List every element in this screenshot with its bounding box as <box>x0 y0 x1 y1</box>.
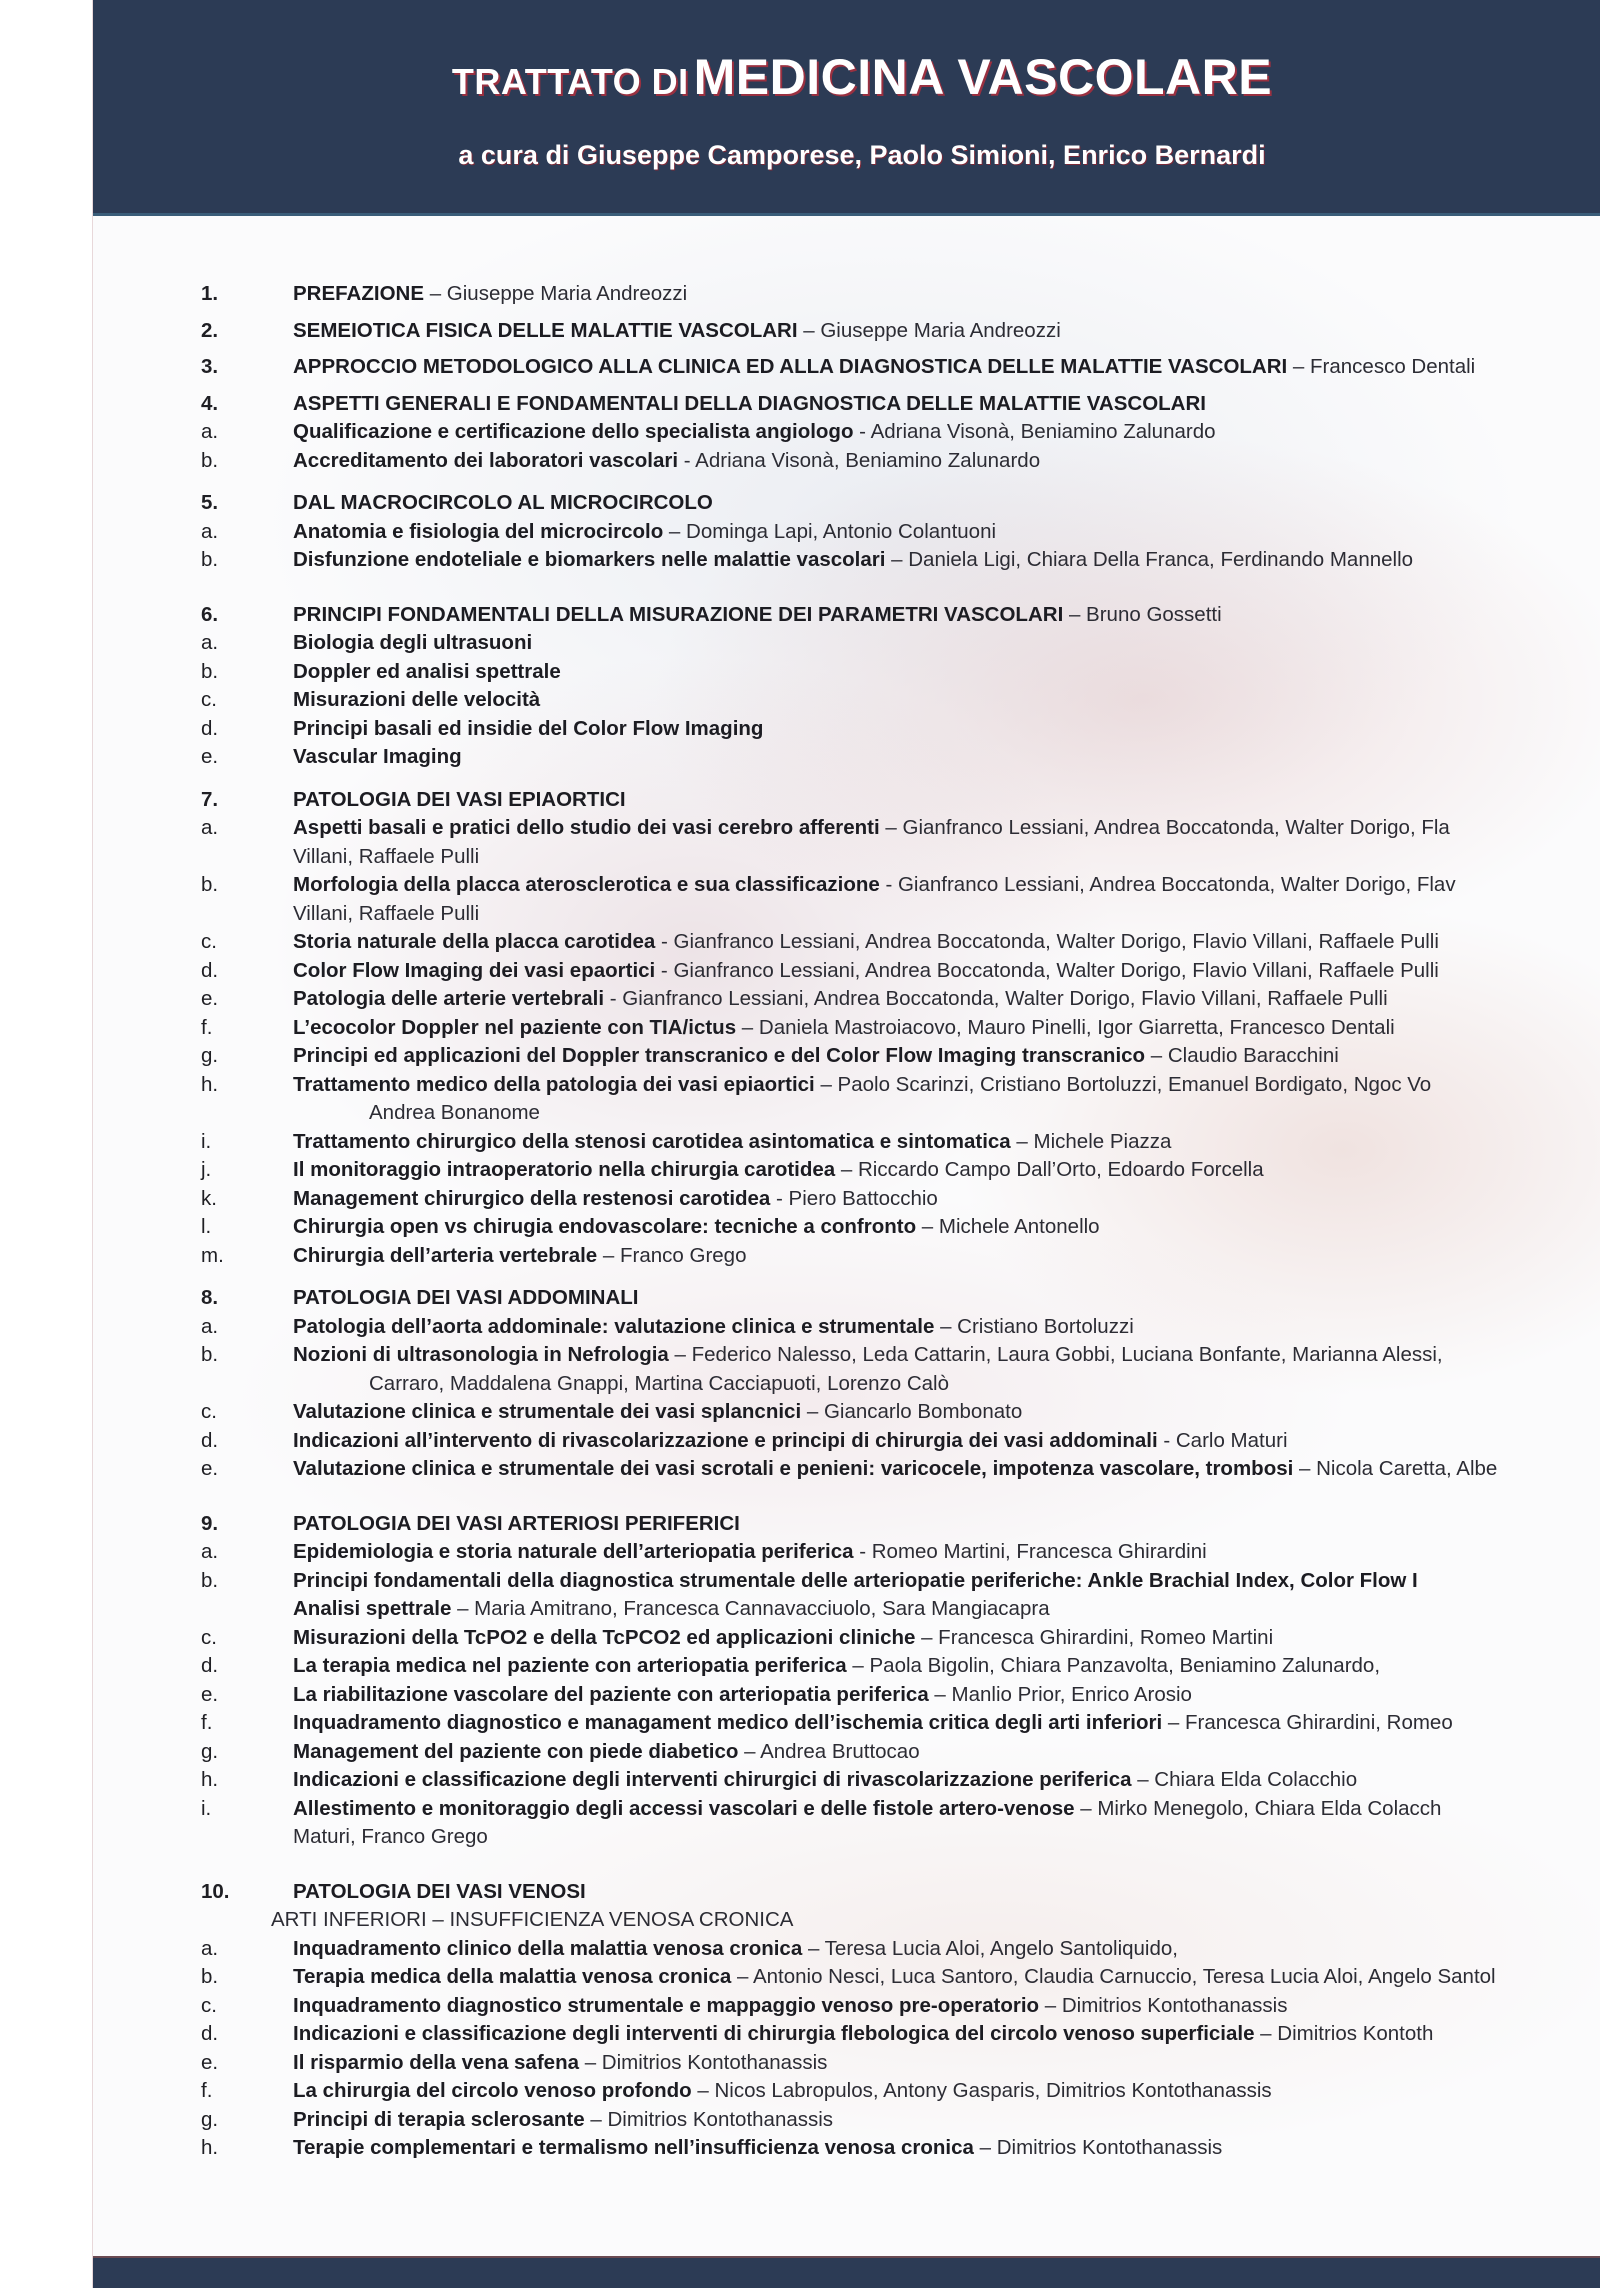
section-title: Color Flow Imaging dei vasi epaortici <box>293 959 655 982</box>
section-authors: – Chiara Elda Colacchio <box>1132 1768 1358 1791</box>
section-authors: – Federico Nalesso, Leda Cattarin, Laura… <box>669 1343 1443 1366</box>
section-title: Analisi spettrale <box>293 1597 451 1620</box>
section-letter: d. <box>201 957 293 986</box>
section-authors: – Daniela Mastroiacovo, Mauro Pinelli, I… <box>736 1016 1395 1039</box>
toc-section: a. Epidemiologia e storia naturale dell’… <box>201 1538 1600 1567</box>
section-title: Patologia dell’aorta addominale: valutaz… <box>293 1315 934 1338</box>
section-letter: b. <box>201 871 293 900</box>
section-title: Management del paziente con piede diabet… <box>293 1740 738 1763</box>
section-authors: – Francesca Ghirardini, Romeo <box>1162 1711 1453 1734</box>
toc-section: a. Biologia degli ultrasuoni <box>201 629 1600 658</box>
section-authors: - Gianfranco Lessiani, Andrea Boccatonda… <box>655 959 1439 982</box>
toc-section: m. Chirurgia dell’arteria vertebrale – F… <box>201 1242 1600 1271</box>
toc-section: b. Principi fondamentali della diagnosti… <box>201 1567 1600 1596</box>
toc-chapter-5: 5. DAL MACROCIRCOLO AL MICROCIRCOLO <box>201 489 1600 518</box>
toc-section: c. Inquadramento diagnostico strumentale… <box>201 1992 1600 2021</box>
toc-section: f. L’ecocolor Doppler nel paziente con T… <box>201 1014 1600 1043</box>
chapter-number: 10. <box>201 1878 293 1907</box>
section-letter: c. <box>201 1624 293 1653</box>
section-title: Indicazioni all’intervento di rivascolar… <box>293 1429 1158 1452</box>
toc-section: a. Patologia dell’aorta addominale: valu… <box>201 1313 1600 1342</box>
toc-section: c. Misurazioni della TcPO2 e della TcPCO… <box>201 1624 1600 1653</box>
toc-section: b. Doppler ed analisi spettrale <box>201 658 1600 687</box>
section-authors: - Adriana Visonà, Beniamino Zalunardo <box>853 420 1215 443</box>
section-letter: b. <box>201 658 293 687</box>
section-title: Indicazioni e classificazione degli inte… <box>293 1768 1132 1791</box>
section-authors: - Piero Battocchio <box>770 1187 938 1210</box>
section-letter: g. <box>201 2106 293 2135</box>
section-letter: c. <box>201 1992 293 2021</box>
toc-chapter-1: 1. PREFAZIONE – Giuseppe Maria Andreozzi <box>201 280 1600 309</box>
section-letter: h. <box>201 1766 293 1795</box>
chapter-authors: – Bruno Gossetti <box>1063 603 1221 626</box>
section-letter: f. <box>201 1709 293 1738</box>
toc-section: f. La chirurgia del circolo venoso profo… <box>201 2077 1600 2106</box>
section-title: Management chirurgico della restenosi ca… <box>293 1187 770 1210</box>
section-title-continued: Analisi spettrale – Maria Amitrano, Fran… <box>201 1595 1600 1624</box>
section-authors: – Andrea Bruttocao <box>738 1740 919 1763</box>
toc-section: h. Trattamento medico della patologia de… <box>201 1071 1600 1100</box>
section-authors: - Carlo Maturi <box>1158 1429 1288 1452</box>
section-title: Il monitoraggio intraoperatorio nella ch… <box>293 1158 835 1181</box>
section-authors: - Adriana Visonà, Beniamino Zalunardo <box>678 449 1040 472</box>
chapter-number: 6. <box>201 601 293 630</box>
chapter-number: 2. <box>201 317 293 346</box>
section-authors: – Dimitrios Kontothanassis <box>585 2108 833 2131</box>
toc-chapter-8: 8. PATOLOGIA DEI VASI ADDOMINALI <box>201 1284 1600 1313</box>
section-authors-continued: Villani, Raffaele Pulli <box>201 843 1600 872</box>
section-letter: d. <box>201 1427 293 1456</box>
chapter-title: DAL MACROCIRCOLO AL MICROCIRCOLO <box>293 491 713 514</box>
section-authors: – Maria Amitrano, Francesca Cannavacciuo… <box>451 1597 1049 1620</box>
section-authors: – Dimitrios Kontothanassis <box>974 2136 1222 2159</box>
chapter-title: PREFAZIONE <box>293 282 424 305</box>
section-authors: – Francesca Ghirardini, Romeo Martini <box>915 1626 1273 1649</box>
section-title: Vascular Imaging <box>293 745 462 768</box>
toc-section: e. Patologia delle arterie vertebrali - … <box>201 985 1600 1014</box>
section-authors: – Riccardo Campo Dall’Orto, Edoardo Forc… <box>835 1158 1263 1181</box>
toc-section: d. La terapia medica nel paziente con ar… <box>201 1652 1600 1681</box>
section-letter: a. <box>201 814 293 843</box>
chapter-number: 7. <box>201 786 293 815</box>
section-letter: a. <box>201 418 293 447</box>
table-of-contents: 1. PREFAZIONE – Giuseppe Maria Andreozzi… <box>201 280 1600 2163</box>
section-letter: b. <box>201 447 293 476</box>
section-title: Anatomia e fisiologia del microcircolo <box>293 520 663 543</box>
toc-section: e. Vascular Imaging <box>201 743 1600 772</box>
header-banner: TRATTATO DI MEDICINA VASCOLARE a cura di… <box>93 0 1600 216</box>
section-letter: m. <box>201 1242 293 1271</box>
chapter-title: PATOLOGIA DEI VASI VENOSI <box>293 1880 586 1903</box>
section-title: Principi di terapia sclerosante <box>293 2108 585 2131</box>
section-letter: c. <box>201 686 293 715</box>
toc-section: h. Indicazioni e classificazione degli i… <box>201 1766 1600 1795</box>
section-letter: f. <box>201 1014 293 1043</box>
section-letter: a. <box>201 1935 293 1964</box>
toc-section: d. Color Flow Imaging dei vasi epaortici… <box>201 957 1600 986</box>
section-title: Qualificazione e certificazione dello sp… <box>293 420 853 443</box>
section-authors: – Franco Grego <box>597 1244 746 1267</box>
section-letter: i. <box>201 1128 293 1157</box>
chapter-title: PATOLOGIA DEI VASI ARTERIOSI PERIFERICI <box>293 1512 740 1535</box>
section-authors-continued: Maturi, Franco Grego <box>201 1823 1600 1852</box>
section-letter: b. <box>201 546 293 575</box>
section-authors: – Nicola Caretta, Albe <box>1293 1457 1497 1480</box>
toc-chapter-9: 9. PATOLOGIA DEI VASI ARTERIOSI PERIFERI… <box>201 1510 1600 1539</box>
toc-section: d. Indicazioni e classificazione degli i… <box>201 2020 1600 2049</box>
toc-section: a. Aspetti basali e pratici dello studio… <box>201 814 1600 843</box>
chapter-title: PRINCIPI FONDAMENTALI DELLA MISURAZIONE … <box>293 603 1063 626</box>
toc-section: b. Morfologia della placca ateroscleroti… <box>201 871 1600 900</box>
chapter-number: 5. <box>201 489 293 518</box>
chapter-number: 1. <box>201 280 293 309</box>
section-title: Patologia delle arterie vertebrali <box>293 987 604 1010</box>
section-letter: f. <box>201 2077 293 2106</box>
section-letter: e. <box>201 1455 293 1484</box>
section-letter: a. <box>201 629 293 658</box>
section-title: Trattamento chirurgico della stenosi car… <box>293 1130 1011 1153</box>
section-letter: l. <box>201 1213 293 1242</box>
footer-band <box>93 2256 1600 2288</box>
toc-section: e. Valutazione clinica e strumentale dei… <box>201 1455 1600 1484</box>
section-title: Terapia medica della malattia venosa cro… <box>293 1965 731 1988</box>
section-letter: d. <box>201 715 293 744</box>
section-authors: – Dimitrios Kontothanassis <box>579 2051 827 2074</box>
section-title: Doppler ed analisi spettrale <box>293 660 561 683</box>
section-title: Principi fondamentali della diagnostica … <box>293 1569 1418 1592</box>
section-letter: d. <box>201 2020 293 2049</box>
section-title: Biologia degli ultrasuoni <box>293 631 532 654</box>
section-title: Inquadramento diagnostico e managament m… <box>293 1711 1162 1734</box>
section-title: La riabilitazione vascolare del paziente… <box>293 1683 929 1706</box>
chapter-number: 8. <box>201 1284 293 1313</box>
chapter-number: 4. <box>201 390 293 419</box>
section-title: Chirurgia open vs chirugia endovascolare… <box>293 1215 916 1238</box>
section-authors: – Gianfranco Lessiani, Andrea Boccatonda… <box>880 816 1450 839</box>
chapter-title: PATOLOGIA DEI VASI ADDOMINALI <box>293 1286 638 1309</box>
section-title: Il risparmio della vena safena <box>293 2051 579 2074</box>
section-authors: – Giancarlo Bombonato <box>801 1400 1022 1423</box>
toc-section: a. Inquadramento clinico della malattia … <box>201 1935 1600 1964</box>
section-title: Misurazioni della TcPO2 e della TcPCO2 e… <box>293 1626 915 1649</box>
toc-section: g. Principi di terapia sclerosante – Dim… <box>201 2106 1600 2135</box>
toc-section: g. Principi ed applicazioni del Doppler … <box>201 1042 1600 1071</box>
section-letter: e. <box>201 1681 293 1710</box>
section-title: Morfologia della placca aterosclerotica … <box>293 873 880 896</box>
chapter-subheading: ARTI INFERIORI – INSUFFICIENZA VENOSA CR… <box>201 1906 1600 1935</box>
section-letter: b. <box>201 1341 293 1370</box>
chapter-title: PATOLOGIA DEI VASI EPIAORTICI <box>293 788 626 811</box>
toc-section: l. Chirurgia open vs chirugia endovascol… <box>201 1213 1600 1242</box>
section-letter: a. <box>201 518 293 547</box>
chapter-title: ASPETTI GENERALI E FONDAMENTALI DELLA DI… <box>293 392 1206 415</box>
section-authors-continued: Villani, Raffaele Pulli <box>201 900 1600 929</box>
section-authors: – Cristiano Bortoluzzi <box>934 1315 1133 1338</box>
toc-chapter-3: 3. APPROCCIO METODOLOGICO ALLA CLINICA E… <box>201 353 1600 382</box>
section-authors: – Antonio Nesci, Luca Santoro, Claudia C… <box>731 1965 1495 1988</box>
section-letter: h. <box>201 1071 293 1100</box>
section-title: Inquadramento diagnostico strumentale e … <box>293 1994 1039 2017</box>
toc-section: d. Indicazioni all’intervento di rivasco… <box>201 1427 1600 1456</box>
section-title: Principi ed applicazioni del Doppler tra… <box>293 1044 1145 1067</box>
section-authors: – Nicos Labropulos, Antony Gasparis, Dim… <box>692 2079 1272 2102</box>
section-authors: – Dominga Lapi, Antonio Colantuoni <box>663 520 996 543</box>
section-letter: e. <box>201 743 293 772</box>
section-letter: c. <box>201 928 293 957</box>
toc-chapter-10: 10. PATOLOGIA DEI VASI VENOSI <box>201 1878 1600 1907</box>
section-letter: k. <box>201 1185 293 1214</box>
section-letter: e. <box>201 985 293 1014</box>
toc-section: j. Il monitoraggio intraoperatorio nella… <box>201 1156 1600 1185</box>
section-letter: a. <box>201 1313 293 1342</box>
section-letter: i. <box>201 1795 293 1824</box>
section-title: Principi basali ed insidie del Color Flo… <box>293 717 763 740</box>
toc-section: e. La riabilitazione vascolare del pazie… <box>201 1681 1600 1710</box>
section-letter: j. <box>201 1156 293 1185</box>
section-authors: – Dimitrios Kontothanassis <box>1039 1994 1287 2017</box>
section-title: Epidemiologia e storia naturale dell’art… <box>293 1540 854 1563</box>
section-authors: – Dimitrios Kontoth <box>1254 2022 1433 2045</box>
toc-chapter-2: 2. SEMEIOTICA FISICA DELLE MALATTIE VASC… <box>201 317 1600 346</box>
chapter-authors: – Francesco Dentali <box>1287 355 1475 378</box>
section-authors: - Gianfranco Lessiani, Andrea Boccatonda… <box>604 987 1388 1010</box>
toc-section: i. Allestimento e monitoraggio degli acc… <box>201 1795 1600 1824</box>
section-authors: – Claudio Baracchini <box>1145 1044 1339 1067</box>
editors-line: a cura di Giuseppe Camporese, Paolo Simi… <box>93 140 1600 171</box>
chapter-number: 9. <box>201 1510 293 1539</box>
section-title: Storia naturale della placca carotidea <box>293 930 655 953</box>
toc-section: a. Qualificazione e certificazione dello… <box>201 418 1600 447</box>
toc-section: c. Valutazione clinica e strumentale dei… <box>201 1398 1600 1427</box>
chapter-title: SEMEIOTICA FISICA DELLE MALATTIE VASCOLA… <box>293 319 798 342</box>
section-title: Aspetti basali e pratici dello studio de… <box>293 816 880 839</box>
section-authors: – Michele Piazza <box>1011 1130 1172 1153</box>
section-letter: h. <box>201 2134 293 2163</box>
section-authors: – Mirko Menegolo, Chiara Elda Colacch <box>1075 1797 1442 1820</box>
toc-section: g. Management del paziente con piede dia… <box>201 1738 1600 1767</box>
toc-section: b. Nozioni di ultrasonologia in Nefrolog… <box>201 1341 1600 1370</box>
section-authors: - Romeo Martini, Francesca Ghirardini <box>854 1540 1207 1563</box>
toc-chapter-4: 4. ASPETTI GENERALI E FONDAMENTALI DELLA… <box>201 390 1600 419</box>
section-title: Valutazione clinica e strumentale dei va… <box>293 1457 1293 1480</box>
section-letter: g. <box>201 1042 293 1071</box>
toc-chapter-7: 7. PATOLOGIA DEI VASI EPIAORTICI <box>201 786 1600 815</box>
section-title: Indicazioni e classificazione degli inte… <box>293 2022 1254 2045</box>
section-title: Misurazioni delle velocità <box>293 688 540 711</box>
chapter-authors: – Giuseppe Maria Andreozzi <box>424 282 687 305</box>
section-letter: e. <box>201 2049 293 2078</box>
section-authors: - Gianfranco Lessiani, Andrea Boccatonda… <box>880 873 1456 896</box>
book-title-main: MEDICINA VASCOLARE <box>694 49 1272 105</box>
section-title: Inquadramento clinico della malattia ven… <box>293 1937 802 1960</box>
section-authors: – Teresa Lucia Aloi, Angelo Santoliquido… <box>802 1937 1178 1960</box>
toc-section: b. Accreditamento dei laboratori vascola… <box>201 447 1600 476</box>
section-letter: g. <box>201 1738 293 1767</box>
toc-section: e. Il risparmio della vena safena – Dimi… <box>201 2049 1600 2078</box>
section-title: Accreditamento dei laboratori vascolari <box>293 449 678 472</box>
section-title: La chirurgia del circolo venoso profondo <box>293 2079 692 2102</box>
section-title: Trattamento medico della patologia dei v… <box>293 1073 815 1096</box>
toc-section: i. Trattamento chirurgico della stenosi … <box>201 1128 1600 1157</box>
section-title: L’ecocolor Doppler nel paziente con TIA/… <box>293 1016 736 1039</box>
toc-section: k. Management chirurgico della restenosi… <box>201 1185 1600 1214</box>
toc-section: d. Principi basali ed insidie del Color … <box>201 715 1600 744</box>
section-authors-continued: Andrea Bonanome <box>201 1099 1600 1128</box>
chapter-title: APPROCCIO METODOLOGICO ALLA CLINICA ED A… <box>293 355 1287 378</box>
section-title: Allestimento e monitoraggio degli access… <box>293 1797 1075 1820</box>
section-authors: – Daniela Ligi, Chiara Della Franca, Fer… <box>885 548 1413 571</box>
section-letter: b. <box>201 1567 293 1596</box>
section-authors: – Paola Bigolin, Chiara Panzavolta, Beni… <box>847 1654 1380 1677</box>
toc-section: a. Anatomia e fisiologia del microcircol… <box>201 518 1600 547</box>
book-title-prefix: TRATTATO DI <box>452 61 689 102</box>
toc-section: c. Misurazioni delle velocità <box>201 686 1600 715</box>
section-title: Disfunzione endoteliale e biomarkers nel… <box>293 548 885 571</box>
toc-section: f. Inquadramento diagnostico e managamen… <box>201 1709 1600 1738</box>
section-letter: d. <box>201 1652 293 1681</box>
toc-section: b. Terapia medica della malattia venosa … <box>201 1963 1600 1992</box>
section-letter: a. <box>201 1538 293 1567</box>
section-title: Terapie complementari e termalismo nell’… <box>293 2136 974 2159</box>
section-letter: c. <box>201 1398 293 1427</box>
section-title: Valutazione clinica e strumentale dei va… <box>293 1400 801 1423</box>
chapter-authors: – Giuseppe Maria Andreozzi <box>798 319 1061 342</box>
section-authors-continued: Carraro, Maddalena Gnappi, Martina Cacci… <box>201 1370 1600 1399</box>
toc-section: c. Storia naturale della placca carotide… <box>201 928 1600 957</box>
section-letter: b. <box>201 1963 293 1992</box>
book-title: TRATTATO DI MEDICINA VASCOLARE <box>93 48 1600 106</box>
section-authors: - Gianfranco Lessiani, Andrea Boccatonda… <box>655 930 1439 953</box>
document-page: TRATTATO DI MEDICINA VASCOLARE a cura di… <box>92 0 1600 2288</box>
section-authors: – Michele Antonello <box>916 1215 1099 1238</box>
toc-section: h. Terapie complementari e termalismo ne… <box>201 2134 1600 2163</box>
toc-chapter-6: 6. PRINCIPI FONDAMENTALI DELLA MISURAZIO… <box>201 601 1600 630</box>
section-title: La terapia medica nel paziente con arter… <box>293 1654 847 1677</box>
section-authors: – Paolo Scarinzi, Cristiano Bortoluzzi, … <box>815 1073 1431 1096</box>
section-title: Nozioni di ultrasonologia in Nefrologia <box>293 1343 669 1366</box>
chapter-number: 3. <box>201 353 293 382</box>
section-title: Chirurgia dell’arteria vertebrale <box>293 1244 597 1267</box>
toc-section: b. Disfunzione endoteliale e biomarkers … <box>201 546 1600 575</box>
section-authors: – Manlio Prior, Enrico Arosio <box>929 1683 1192 1706</box>
